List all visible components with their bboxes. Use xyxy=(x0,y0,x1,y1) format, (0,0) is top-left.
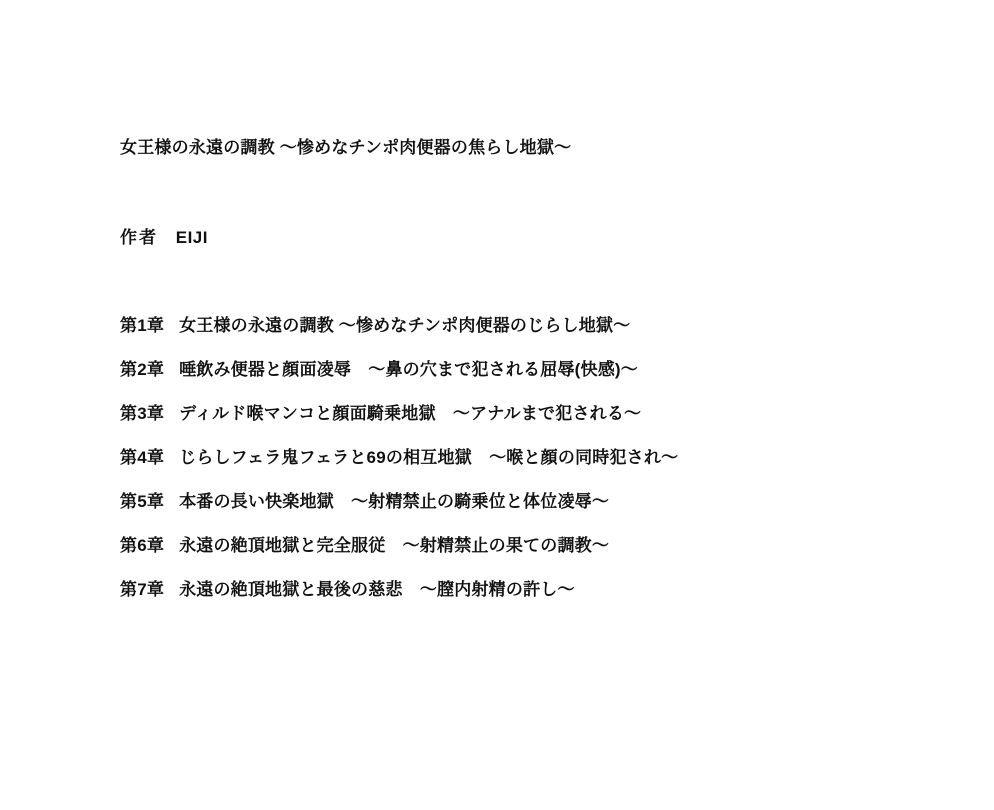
chapter-title: 永遠の絶頂地獄と最後の慈悲 ～膣内射精の許し～ xyxy=(179,580,575,599)
chapter-title: 唾飲み便器と顔面凌辱 ～鼻の穴まで犯される屈辱(快感)～ xyxy=(179,360,638,379)
chapter-number: 第1章 xyxy=(120,316,164,335)
chapter-title: 女王様の永遠の調教 ～惨めなチンポ肉便器のじらし地獄～ xyxy=(179,316,630,335)
chapter-number: 第6章 xyxy=(120,536,164,555)
chapter-entry: 第7章永遠の絶頂地獄と最後の慈悲 ～膣内射精の許し～ xyxy=(120,581,678,598)
chapter-title: 本番の長い快楽地獄 ～射精禁止の騎乗位と体位凌辱～ xyxy=(179,492,609,511)
chapter-number: 第7章 xyxy=(120,580,164,599)
author-line: 作者 EIJI xyxy=(120,229,208,246)
chapter-entry: 第6章永遠の絶頂地獄と完全服従 ～射精禁止の果ての調教～ xyxy=(120,537,678,554)
table-of-contents: 第1章女王様の永遠の調教 ～惨めなチンポ肉便器のじらし地獄～ 第2章唾飲み便器と… xyxy=(120,317,678,625)
author-label: 作者 xyxy=(120,228,158,247)
chapter-title: 永遠の絶頂地獄と完全服従 ～射精禁止の果ての調教～ xyxy=(179,536,609,555)
chapter-number: 第5章 xyxy=(120,492,164,511)
chapter-entry: 第2章唾飲み便器と顔面凌辱 ～鼻の穴まで犯される屈辱(快感)～ xyxy=(120,361,678,378)
document-page: 女王様の永遠の調教 ～惨めなチンポ肉便器の焦らし地獄～ 作者 EIJI 第1章女… xyxy=(0,0,994,810)
chapter-number: 第2章 xyxy=(120,360,164,379)
chapter-entry: 第3章ディルド喉マンコと顔面騎乗地獄 ～アナルまで犯される～ xyxy=(120,405,678,422)
chapter-title: じらしフェラ鬼フェラと69の相互地獄 ～喉と顔の同時犯され～ xyxy=(179,448,678,467)
chapter-entry: 第4章じらしフェラ鬼フェラと69の相互地獄 ～喉と顔の同時犯され～ xyxy=(120,449,678,466)
chapter-number: 第4章 xyxy=(120,448,164,467)
chapter-entry: 第5章本番の長い快楽地獄 ～射精禁止の騎乗位と体位凌辱～ xyxy=(120,493,678,510)
chapter-entry: 第1章女王様の永遠の調教 ～惨めなチンポ肉便器のじらし地獄～ xyxy=(120,317,678,334)
document-title: 女王様の永遠の調教 ～惨めなチンポ肉便器の焦らし地獄～ xyxy=(120,139,571,156)
chapter-title: ディルド喉マンコと顔面騎乗地獄 ～アナルまで犯される～ xyxy=(179,404,641,423)
chapter-number: 第3章 xyxy=(120,404,164,423)
author-name: EIJI xyxy=(176,228,208,247)
